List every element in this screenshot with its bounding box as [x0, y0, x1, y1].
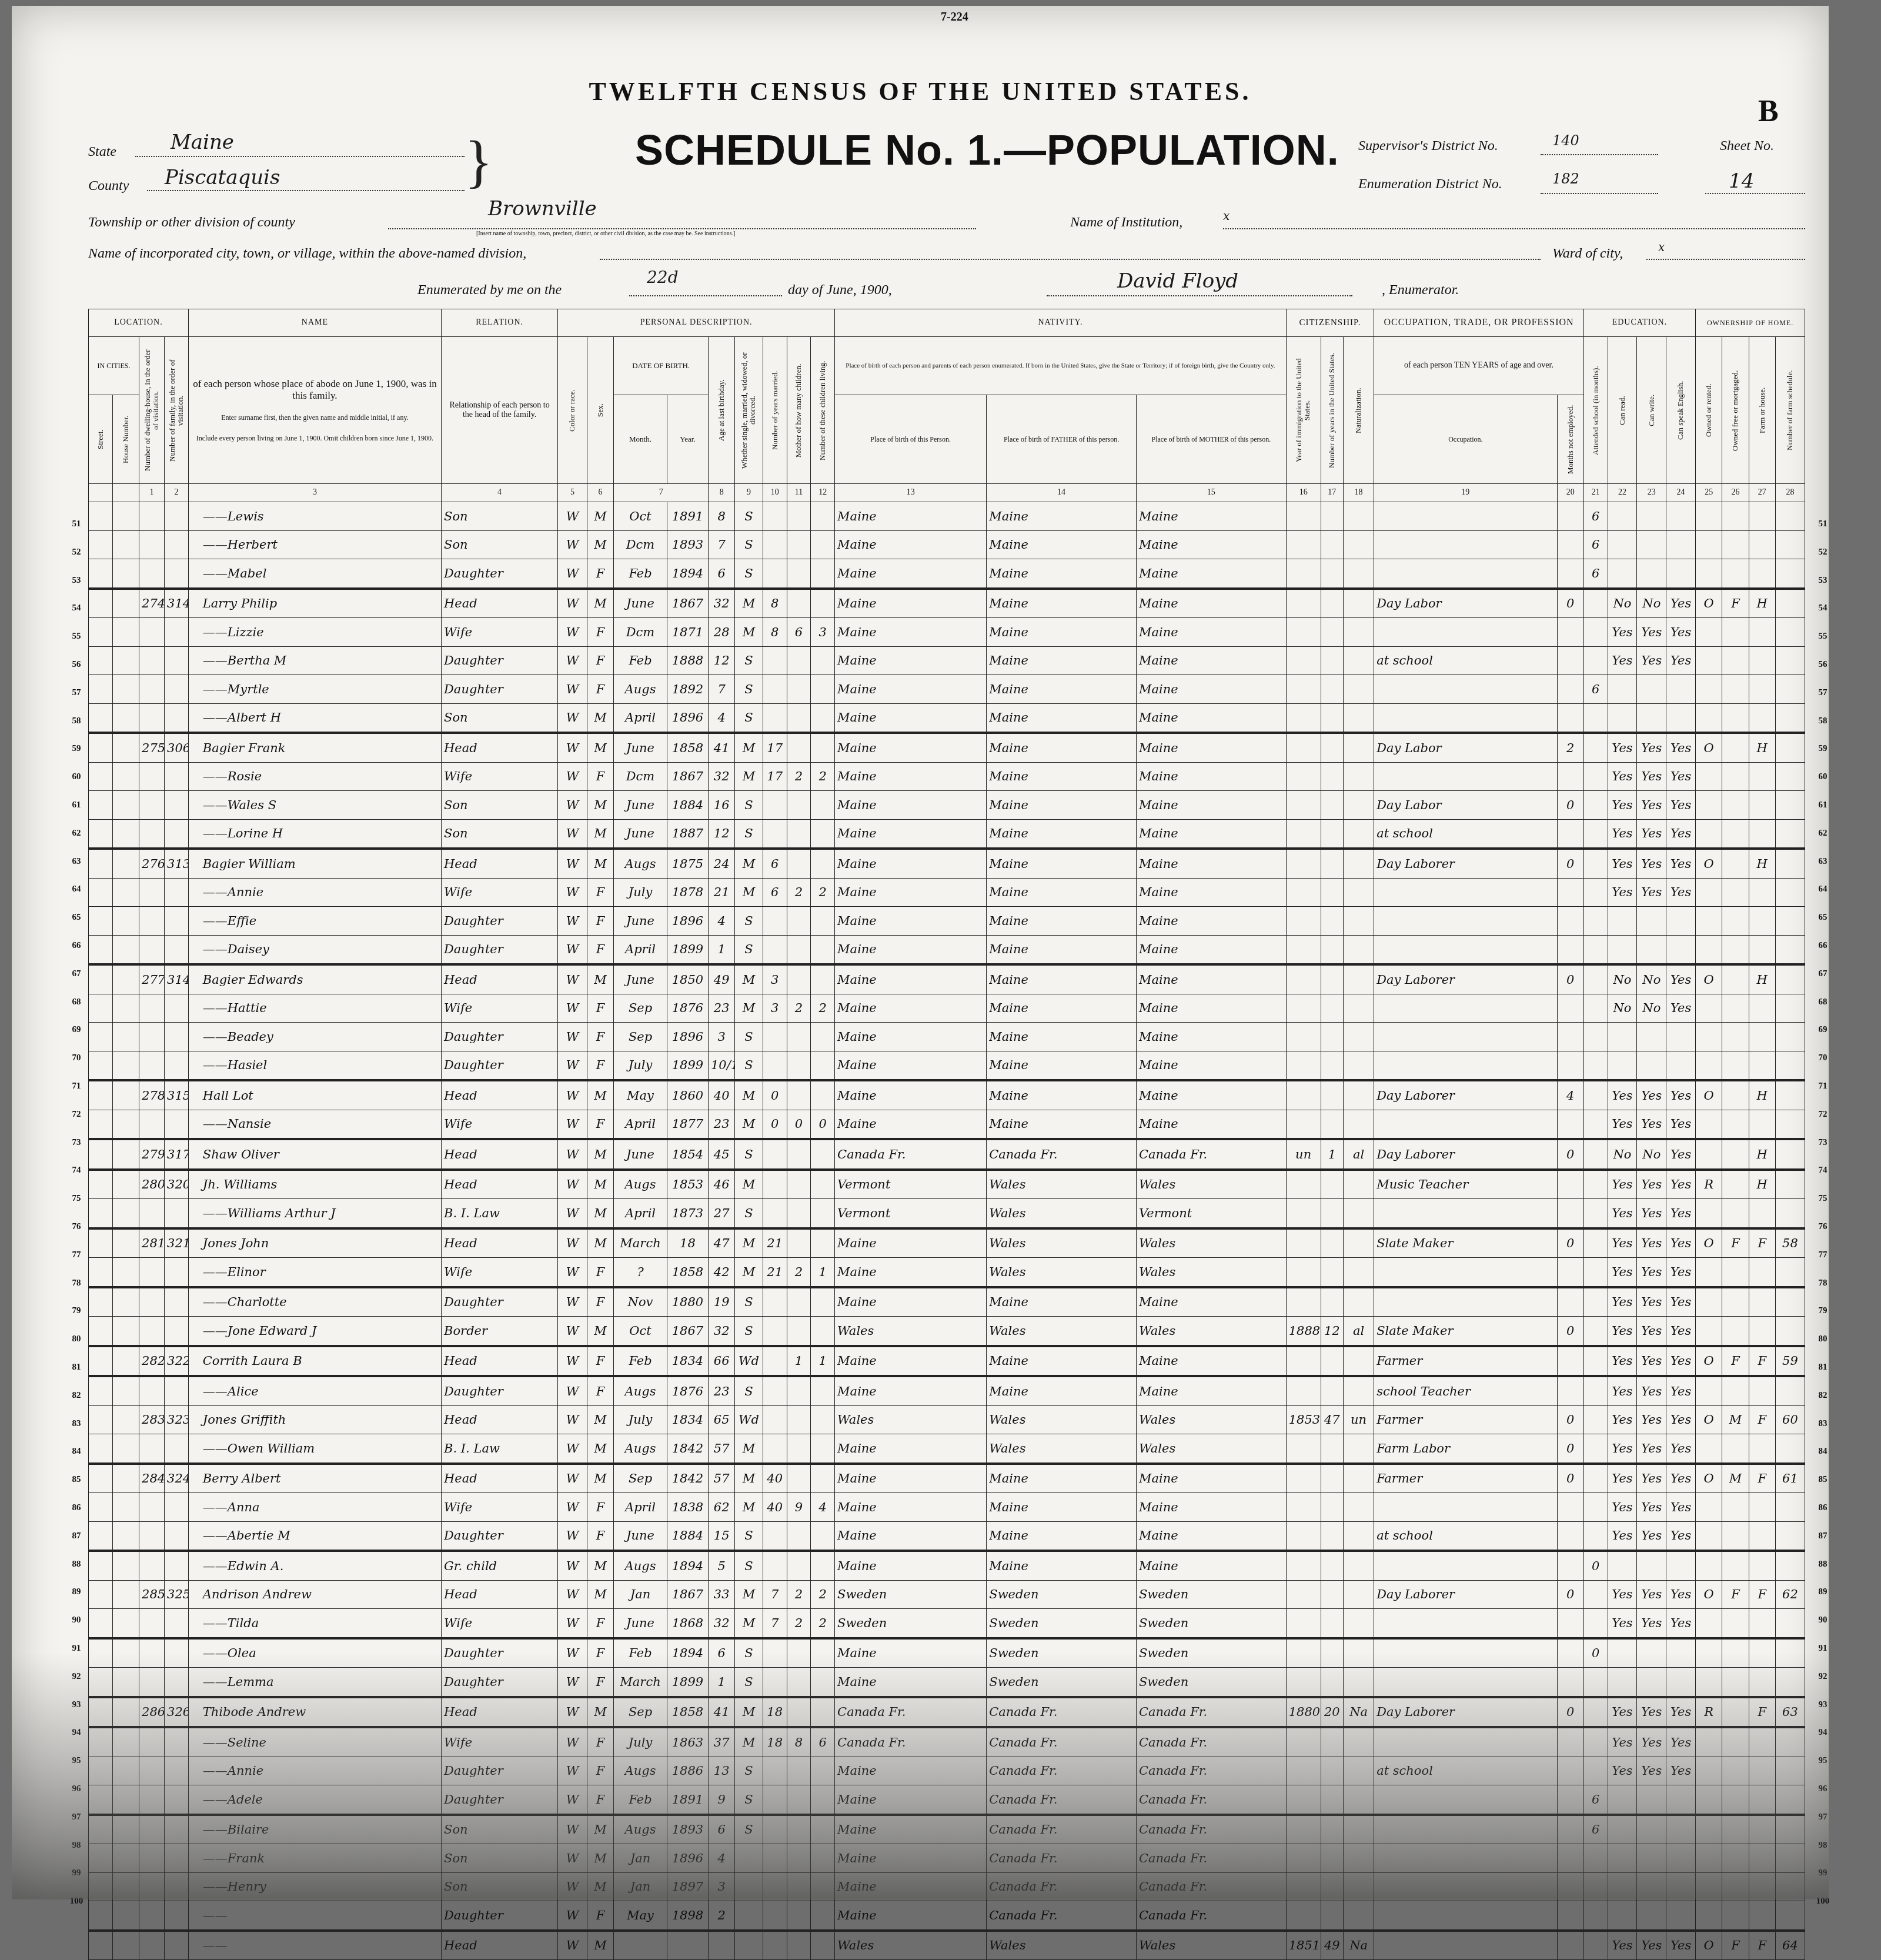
color-race: W — [558, 964, 587, 994]
children-living — [811, 1170, 835, 1199]
immigration-year — [1286, 1170, 1321, 1199]
months-unemployed — [1557, 1815, 1583, 1844]
sex: M — [587, 1434, 613, 1464]
farm-or-house — [1749, 1609, 1775, 1638]
farm-or-house: F — [1749, 1346, 1775, 1377]
children-living: 2 — [811, 1580, 835, 1609]
school-months: 6 — [1583, 502, 1608, 531]
person-name: Alice — [188, 1376, 441, 1405]
school-months — [1583, 1580, 1608, 1609]
birthplace-mother: Canada Fr. — [1136, 1872, 1286, 1901]
family-number — [165, 791, 189, 820]
column-number: 4 — [442, 484, 558, 502]
immigration-year — [1286, 1258, 1321, 1287]
line-number-left: 59 — [68, 744, 85, 754]
naturalization — [1344, 1757, 1374, 1785]
sex: M — [587, 1697, 613, 1728]
family-number — [165, 1785, 189, 1815]
owned-rented: O — [1696, 849, 1722, 878]
can-write: Yes — [1637, 1317, 1666, 1346]
relation: Head — [442, 1228, 558, 1258]
farm-or-house — [1749, 1434, 1775, 1464]
owned-free — [1722, 1376, 1749, 1405]
school-months — [1583, 1493, 1608, 1522]
line-number-left: 58 — [68, 716, 85, 726]
farm-schedule — [1775, 1023, 1805, 1051]
column-number: 11 — [787, 484, 811, 502]
children-living — [811, 1434, 835, 1464]
ward-value: x — [1658, 240, 1665, 254]
birthplace-father: Maine — [987, 994, 1137, 1023]
years-married — [763, 1901, 787, 1910]
farm-schedule — [1775, 530, 1805, 559]
name-include: Include every person living on June 1, 1… — [191, 434, 439, 443]
family-number — [165, 530, 189, 559]
school-months — [1583, 1110, 1608, 1139]
mother-of-children — [787, 559, 811, 589]
age: 13 — [709, 1757, 735, 1785]
can-speak-english — [1666, 1023, 1696, 1051]
owned-free — [1722, 791, 1749, 820]
street-cell — [89, 907, 113, 936]
years-in-us — [1321, 559, 1343, 589]
relation: Son — [442, 819, 558, 849]
dwelling-number — [139, 1317, 165, 1346]
birth-year: 1884 — [667, 1521, 708, 1551]
dwelling-number — [139, 907, 165, 936]
years-married — [763, 1170, 787, 1199]
years-in-us-header: Number of years in the United States. — [1328, 349, 1336, 472]
can-speak-english: Yes — [1666, 1727, 1696, 1757]
marital-status: S — [735, 502, 763, 531]
farm-schedule — [1775, 1080, 1805, 1110]
sex: M — [587, 1228, 613, 1258]
house-number-cell — [112, 1317, 139, 1346]
owned-rented — [1696, 1609, 1722, 1638]
column-number: 21 — [1583, 484, 1608, 502]
children-living — [811, 819, 835, 849]
farm-or-house — [1749, 502, 1775, 531]
mother-of-children: 8 — [787, 1727, 811, 1757]
occupation — [1374, 618, 1557, 647]
years-in-us — [1321, 530, 1343, 559]
city-line — [600, 259, 1541, 260]
children-living — [811, 1228, 835, 1258]
can-write: Yes — [1637, 849, 1666, 878]
person-name: Rosie — [188, 762, 441, 791]
age: 46 — [709, 1170, 735, 1199]
years-in-us — [1321, 1872, 1343, 1901]
line-number-left: 56 — [68, 660, 85, 670]
table-row: LemmaDaughterWFMarch18991SMaineSwedenSwe… — [89, 1668, 1805, 1697]
house-number-cell — [112, 1551, 139, 1580]
dwelling-number — [139, 791, 165, 820]
children-living — [811, 589, 835, 618]
can-write: Yes — [1637, 1170, 1666, 1199]
sex: M — [587, 703, 613, 733]
age: 5 — [709, 1551, 735, 1580]
color-race: W — [558, 1317, 587, 1346]
family-number — [165, 762, 189, 791]
dob-header: DATE OF BIRTH. — [614, 337, 709, 395]
can-write: Yes — [1637, 762, 1666, 791]
can-write: No — [1637, 964, 1666, 994]
owned-rented: O — [1696, 1080, 1722, 1110]
age: 40 — [709, 1080, 735, 1110]
dwelling-number — [139, 1521, 165, 1551]
color-race: W — [558, 618, 587, 647]
family-number — [165, 878, 189, 907]
owned-free — [1722, 618, 1749, 647]
owned-rented: O — [1696, 1405, 1722, 1434]
table-row: RosieWifeWFDcm186732M1722MaineMaineMaine… — [89, 762, 1805, 791]
color-race: W — [558, 1609, 587, 1638]
house-number-cell — [112, 994, 139, 1023]
column-number: 9 — [735, 484, 763, 502]
sex: M — [587, 1199, 613, 1228]
years-married — [763, 1551, 787, 1580]
person-name: Williams Arthur J — [188, 1199, 441, 1228]
family-number — [165, 1376, 189, 1405]
can-read: Yes — [1608, 1258, 1637, 1287]
mother-of-children — [787, 733, 811, 762]
can-write — [1637, 935, 1666, 964]
person-name: Henry — [188, 1872, 441, 1901]
enumerated-prefix: Enumerated by me on the — [417, 282, 562, 298]
street-header: Street. — [96, 395, 105, 483]
can-read — [1608, 675, 1637, 704]
farm-or-house: H — [1749, 849, 1775, 878]
children-living — [811, 1785, 835, 1815]
house-number-cell — [112, 1580, 139, 1609]
farm-schedule — [1775, 1901, 1805, 1910]
family-number — [165, 1668, 189, 1697]
birth-year: 1876 — [667, 994, 708, 1023]
age: 3 — [709, 1872, 735, 1901]
birthplace-person: Maine — [835, 1376, 987, 1405]
street-cell — [89, 589, 113, 618]
relation: Daughter — [442, 935, 558, 964]
months-unemployed: 0 — [1557, 1228, 1583, 1258]
line-number-left: 57 — [68, 688, 85, 698]
school-months — [1583, 935, 1608, 964]
marital-status: S — [735, 1287, 763, 1317]
marital-status: M — [735, 964, 763, 994]
dwelling-number: 278 — [139, 1080, 165, 1110]
immigration-year: un — [1286, 1139, 1321, 1170]
can-read: Yes — [1608, 849, 1637, 878]
house-number-header: House Number. — [122, 395, 130, 483]
birth-year: 1899 — [667, 1668, 708, 1697]
immigration-year — [1286, 1051, 1321, 1080]
marital-header: Whether single, married, widowed, or div… — [740, 349, 757, 472]
dwelling-number — [139, 819, 165, 849]
can-write — [1637, 1668, 1666, 1697]
dwelling-number — [139, 1668, 165, 1697]
marital-status: M — [735, 589, 763, 618]
age: 7 — [709, 530, 735, 559]
family-number — [165, 1727, 189, 1757]
owned-free — [1722, 935, 1749, 964]
owned-free — [1722, 530, 1749, 559]
school-months — [1583, 1757, 1608, 1785]
dwelling-number — [139, 646, 165, 675]
birthplace-father: Maine — [987, 646, 1137, 675]
children-living — [811, 1551, 835, 1580]
sex: F — [587, 1051, 613, 1080]
immigration-year — [1286, 646, 1321, 675]
marital-status: S — [735, 1199, 763, 1228]
column-number — [112, 484, 139, 502]
children-living — [811, 1317, 835, 1346]
marital-status: M — [735, 878, 763, 907]
farm-schedule: 60 — [1775, 1405, 1805, 1434]
sheet-value: 14 — [1729, 169, 1754, 193]
street-cell — [89, 819, 113, 849]
birthplace-father: Canada Fr. — [987, 1785, 1137, 1815]
immigration-year — [1286, 1228, 1321, 1258]
marital-status: M — [735, 1493, 763, 1522]
can-speak-english — [1666, 907, 1696, 936]
occupation: at school — [1374, 819, 1557, 849]
years-married — [763, 559, 787, 589]
can-write — [1637, 1815, 1666, 1844]
owned-rented — [1696, 559, 1722, 589]
can-read: Yes — [1608, 1317, 1637, 1346]
line-number-left: 75 — [68, 1194, 85, 1204]
farm-schedule — [1775, 502, 1805, 531]
marital-status: S — [735, 1757, 763, 1785]
sex: M — [587, 733, 613, 762]
dwelling-number — [139, 1287, 165, 1317]
naturalization: al — [1344, 1317, 1374, 1346]
farm-or-house — [1749, 1551, 1775, 1580]
relation: Son — [442, 703, 558, 733]
birth-year: 1896 — [667, 1023, 708, 1051]
years-married — [763, 1405, 787, 1434]
relation: Wife — [442, 878, 558, 907]
table-row: CharlotteDaughterWFNov188019SMaineMaineM… — [89, 1287, 1805, 1317]
house-number-cell — [112, 646, 139, 675]
house-number-cell — [112, 1228, 139, 1258]
school-months — [1583, 703, 1608, 733]
column-number: 10 — [763, 484, 787, 502]
table-row: 276313Bagier WilliamHeadWMAugs187524M6Ma… — [89, 849, 1805, 878]
column-number: 26 — [1722, 484, 1749, 502]
family-number: 314 — [165, 964, 189, 994]
school-months — [1583, 1023, 1608, 1051]
mother-of-children — [787, 1170, 811, 1199]
birthplace-mother: Wales — [1136, 1317, 1286, 1346]
years-in-us — [1321, 1464, 1343, 1493]
farm-or-house — [1749, 1757, 1775, 1785]
birthplace-mother: Canada Fr. — [1136, 1844, 1286, 1873]
age: 6 — [709, 1815, 735, 1844]
birth-year: 1842 — [667, 1434, 708, 1464]
township-note: [Insert name of township, town, precinct… — [476, 231, 735, 237]
occupation: Day Laborer — [1374, 1139, 1557, 1170]
school-months: 6 — [1583, 675, 1608, 704]
can-speak-english — [1666, 675, 1696, 704]
can-speak-english: Yes — [1666, 878, 1696, 907]
naturalization — [1344, 964, 1374, 994]
house-number-cell — [112, 1434, 139, 1464]
owned-rented — [1696, 1727, 1722, 1757]
birth-month: April — [614, 935, 667, 964]
line-number-left: 83 — [68, 1419, 85, 1429]
years-in-us — [1321, 1346, 1343, 1377]
farm-schedule — [1775, 1521, 1805, 1551]
birthplace-mother: Wales — [1136, 1258, 1286, 1287]
mother-of-children: 1 — [787, 1346, 811, 1377]
birthplace-father: Maine — [987, 1051, 1137, 1080]
can-speak-english — [1666, 935, 1696, 964]
line-number-left: 90 — [68, 1615, 85, 1625]
can-read: Yes — [1608, 618, 1637, 647]
owned-free — [1722, 1110, 1749, 1139]
family-number — [165, 1434, 189, 1464]
line-number-left: 100 — [68, 1896, 85, 1906]
can-read: Yes — [1608, 762, 1637, 791]
marital-status: M — [735, 1434, 763, 1464]
naturalization — [1344, 703, 1374, 733]
years-in-us — [1321, 907, 1343, 936]
line-number-left: 67 — [68, 969, 85, 979]
sex: M — [587, 849, 613, 878]
farm-schedule: 61 — [1775, 1464, 1805, 1493]
farm-schedule — [1775, 733, 1805, 762]
age: 57 — [709, 1464, 735, 1493]
table-row: LewisSonWMOct18918SMaineMaineMaine6 — [89, 502, 1805, 531]
column-number — [89, 484, 113, 502]
name-desc: of each person whose place of abode on J… — [191, 378, 439, 402]
birth-month: ? — [614, 1258, 667, 1287]
occupation — [1374, 907, 1557, 936]
occupation: Day Laborer — [1374, 1580, 1557, 1609]
age: 49 — [709, 964, 735, 994]
months-unemployed: 0 — [1557, 1139, 1583, 1170]
column-number: 25 — [1696, 484, 1722, 502]
table-row: Lorine HSonWMJune188712SMaineMaineMainea… — [89, 819, 1805, 849]
owned-free — [1722, 1697, 1749, 1728]
can-read — [1608, 1638, 1637, 1668]
family-number — [165, 1638, 189, 1668]
years-in-us — [1321, 1199, 1343, 1228]
column-number: 28 — [1775, 484, 1805, 502]
color-race: W — [558, 1638, 587, 1668]
farm-house-header: Farm or house. — [1758, 349, 1766, 472]
can-write: Yes — [1637, 1199, 1666, 1228]
years-married — [763, 819, 787, 849]
line-number-left: 93 — [68, 1700, 85, 1710]
farm-schedule: 63 — [1775, 1697, 1805, 1728]
can-read — [1608, 1901, 1637, 1910]
birth-month: Oct — [614, 1317, 667, 1346]
birthplace-father: Maine — [987, 618, 1137, 647]
line-number-left: 72 — [68, 1110, 85, 1120]
farm-or-house — [1749, 1901, 1775, 1910]
years-in-us — [1321, 1551, 1343, 1580]
birthplace-father: Sweden — [987, 1580, 1137, 1609]
occupation — [1374, 1785, 1557, 1815]
immigration-year — [1286, 1668, 1321, 1697]
table-row: NansieWifeWFApril187723M000MaineMaineMai… — [89, 1110, 1805, 1139]
months-unemployed — [1557, 1521, 1583, 1551]
family-number — [165, 994, 189, 1023]
can-speak-english: Yes — [1666, 1110, 1696, 1139]
marital-status: S — [735, 1023, 763, 1051]
sex: F — [587, 1521, 613, 1551]
family-number — [165, 559, 189, 589]
age: 37 — [709, 1727, 735, 1757]
occupation: Day Labor — [1374, 791, 1557, 820]
farm-or-house — [1749, 1844, 1775, 1873]
person-name: Shaw Oliver — [188, 1139, 441, 1170]
sex: F — [587, 1346, 613, 1377]
children-living — [811, 559, 835, 589]
birthplace-mother: Maine — [1136, 964, 1286, 994]
birthplace-father: Maine — [987, 675, 1137, 704]
birth-year: 1868 — [667, 1609, 708, 1638]
can-speak-english — [1666, 1785, 1696, 1815]
line-number-left: 60 — [68, 772, 85, 782]
immigration-year — [1286, 1110, 1321, 1139]
line-number-left: 74 — [68, 1166, 85, 1176]
age: 23 — [709, 994, 735, 1023]
marital-status: S — [735, 935, 763, 964]
naturalization — [1344, 1551, 1374, 1580]
person-name: Jone Edward J — [188, 1317, 441, 1346]
naturalization — [1344, 819, 1374, 849]
birth-month: July — [614, 1051, 667, 1080]
birthplace-father: Maine — [987, 703, 1137, 733]
can-read: Yes — [1608, 1346, 1637, 1377]
street-cell — [89, 1785, 113, 1815]
birth-month: July — [614, 1405, 667, 1434]
can-write — [1637, 502, 1666, 531]
years-in-us — [1321, 675, 1343, 704]
can-write: Yes — [1637, 733, 1666, 762]
birth-year: 1858 — [667, 733, 708, 762]
owned-free — [1722, 1317, 1749, 1346]
farm-schedule — [1775, 1051, 1805, 1080]
birthplace-father: Wales — [987, 1434, 1137, 1464]
farm-or-house: F — [1749, 1228, 1775, 1258]
can-read: Yes — [1608, 1228, 1637, 1258]
years-married: 7 — [763, 1580, 787, 1609]
children-living — [811, 703, 835, 733]
years-in-us — [1321, 502, 1343, 531]
farm-or-house — [1749, 878, 1775, 907]
birth-year: 1888 — [667, 646, 708, 675]
birth-month: Sep — [614, 1464, 667, 1493]
owned-rented — [1696, 1023, 1722, 1051]
can-speak-english — [1666, 1815, 1696, 1844]
dwelling-number: 286 — [139, 1697, 165, 1728]
birthplace-mother: Maine — [1136, 994, 1286, 1023]
months-unemployed — [1557, 1609, 1583, 1638]
family-number — [165, 1521, 189, 1551]
house-number-cell — [112, 675, 139, 704]
owned-rented — [1696, 1901, 1722, 1910]
owned-free — [1722, 1815, 1749, 1844]
months-unemployed — [1557, 675, 1583, 704]
sex: F — [587, 1376, 613, 1405]
birthplace-mother: Canada Fr. — [1136, 1727, 1286, 1757]
house-number-cell — [112, 1051, 139, 1080]
occupation — [1374, 1872, 1557, 1901]
marital-status: S — [735, 1638, 763, 1668]
